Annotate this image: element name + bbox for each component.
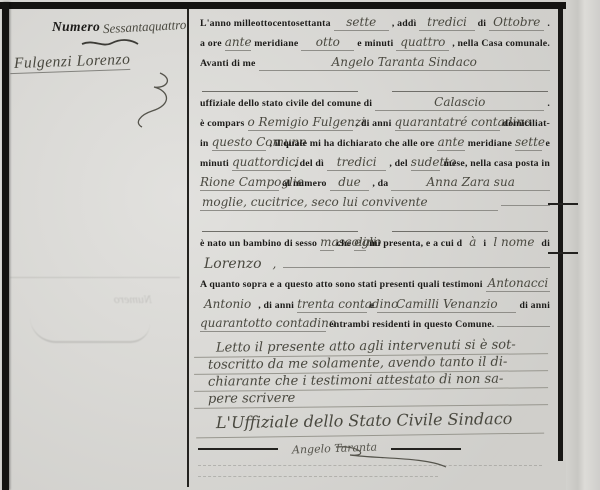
act-line-childname: Lorenzo ,: [190, 256, 558, 276]
act-line-declarant: è compars o Remigio Fulgenzi , di anni q…: [190, 115, 558, 135]
printed-casa-comunale: , nella Casa comunale.: [452, 38, 550, 49]
form-border-right: [558, 9, 563, 461]
closing-line: pere scrivere: [194, 388, 548, 409]
act-line-time: a ore ante meridiane otto e minuti quatt…: [190, 35, 558, 55]
printed-i: i: [483, 238, 486, 249]
printed-del: , del: [389, 158, 407, 169]
printed-di2: di: [541, 238, 550, 249]
printed-avanti: Avanti di me: [200, 58, 256, 69]
printed-addi: , addì: [392, 18, 417, 29]
hw-mother-name: Anna Zara sua: [391, 175, 550, 191]
hw-sex: mascolino: [320, 235, 333, 251]
birth-record-scan: Numero Sessantaquattro Fulgenzi Lorenzo …: [0, 0, 600, 490]
printed-presenta: mi presenta, e a cui d: [369, 238, 462, 249]
hw-declarant-age: quarantatré contadino: [395, 115, 500, 131]
hw-house-place: Rione Campoglie: [200, 175, 279, 191]
printed-minuti: minuti: [200, 158, 229, 169]
pen-flourish-icon: [80, 37, 140, 49]
printed-dianni: , di anni: [356, 118, 392, 129]
border-tick: [548, 252, 578, 254]
printed-nato: è nato un bambino di sesso: [200, 238, 317, 249]
page-right-edge: [566, 0, 600, 490]
printed-da: , da: [372, 178, 388, 189]
act-form: L'anno milleottocentosettanta sette , ad…: [190, 9, 558, 489]
bleedthrough-line: [198, 476, 438, 477]
printed-in: in: [200, 138, 209, 149]
act-line-comune: uffiziale dello stato civile del comune …: [190, 95, 558, 115]
rule-segment: [202, 217, 358, 232]
hw-witness1-age: trenta contadino: [297, 297, 367, 313]
hw-hour: otto: [301, 35, 354, 51]
hw-mother-details: moglie, cucitrice, seco lui convivente: [200, 195, 498, 211]
blank-rule-row: [202, 217, 548, 232]
printed-period: .: [547, 18, 550, 29]
ink-bleedthrough: Numero: [10, 277, 180, 343]
hw-month: Ottobre: [489, 15, 544, 31]
printed-domiciliat: domiciliat-: [503, 118, 550, 129]
margin-column: Numero Sessantaquattro Fulgenzi Lorenzo …: [10, 9, 187, 489]
hw-birth-minutes: quattordici: [232, 155, 291, 171]
trailing-rule: [497, 326, 550, 327]
hw-minutes: quattro: [396, 35, 449, 51]
hw-year: sette: [334, 15, 389, 31]
printed-dianni2: , di anni: [258, 300, 294, 311]
printed-entrambi: entrambi residenti in questo Comune.: [329, 319, 494, 330]
closing-statement: Letto il presente atto agli intervenuti …: [194, 339, 548, 407]
pen-descender-flourish-icon: [130, 71, 176, 129]
scan-frame-left: [2, 2, 9, 490]
printed-period: .: [547, 98, 550, 109]
printed-uffiziale: uffiziale dello stato civile del comune …: [200, 98, 372, 109]
hw-witness2-name: Camilli Venanzio: [377, 297, 516, 313]
act-line-child: è nato un bambino di sesso mascolino che…: [190, 235, 558, 256]
hw-accent-a: à: [465, 235, 480, 249]
hw-egli: egli: [354, 235, 366, 251]
printed-meridiane: meridiane: [254, 38, 298, 49]
act-line-birthtime: minuti quattordici , del dì tredici , de…: [190, 155, 558, 175]
printed-eminuti: e minuti: [357, 38, 393, 49]
signature-dash-left: [198, 448, 278, 450]
hw-birth-day: tredici: [327, 155, 386, 171]
hw-child-name: Lorenzo: [200, 256, 266, 272]
hw-comune: Calascio: [375, 95, 544, 111]
trailing-rule: [501, 205, 550, 206]
rule-segment: [202, 77, 358, 92]
hw-birth-hour: sette: [515, 135, 542, 151]
act-line-official: Avanti di me Angelo Taranta Sindaco: [190, 55, 558, 75]
hw-lnome: l nome: [489, 235, 538, 249]
signature-swash-icon: [330, 443, 450, 469]
trailing-rule: [283, 267, 550, 268]
hw-comma: ,: [269, 257, 281, 271]
bleedthrough-text: Numero: [10, 292, 180, 307]
printed-che: che: [337, 238, 352, 249]
hw-day: tredici: [419, 15, 474, 31]
hw-official-name: Angelo Taranta Sindaco: [259, 55, 550, 71]
act-line-declaration: in questo Comune , il quale mi ha dichia…: [190, 135, 558, 155]
printed-testimoni: A quanto sopra e a questo atto sono stat…: [200, 279, 483, 290]
scan-frame-top: [0, 2, 600, 9]
hw-witness1-name: Antonio: [200, 297, 255, 311]
printed-aore: a ore: [200, 38, 222, 49]
act-line-house: Rione Campoglie al numero due , da Anna …: [190, 175, 558, 195]
printed-numero: al numero: [282, 178, 326, 189]
hw-ante: ante: [225, 35, 251, 51]
hw-witness1-surname: Antonacci: [486, 276, 550, 292]
form-border-left: [187, 9, 189, 487]
blank-rule-row: [202, 77, 548, 92]
official-title-handwritten: L'Uffiziale dello Stato Civile Sindaco: [196, 409, 544, 439]
act-line-witness-intro: A quanto sopra e a questo atto sono stat…: [190, 276, 558, 297]
registrant-name: Fulgenzi Lorenzo: [10, 51, 131, 74]
bleedthrough-rule: [10, 277, 180, 278]
bleedthrough-scrawl: [30, 317, 150, 343]
printed-deldi: , del dì: [294, 158, 324, 169]
printed-mese: mese, nella casa posta in: [443, 158, 550, 169]
numero-label: Numero: [52, 19, 100, 35]
printed-e2: e: [370, 300, 375, 311]
printed-year-label: L'anno milleottocentosettanta: [200, 18, 331, 29]
hw-house-number: due: [330, 175, 370, 191]
printed-quale: , il quale mi ha dichiarato che alle ore: [269, 138, 434, 149]
printed-e: e: [545, 138, 550, 149]
hw-residence: questo Comune: [212, 135, 267, 151]
act-line-witness2-age: quarantotto contadino entrambi residenti…: [190, 316, 558, 335]
printed-dianni3: di anni: [519, 300, 550, 311]
act-line-date: L'anno milleottocentosettanta sette , ad…: [190, 15, 558, 35]
numero-line: Numero Sessantaquattro: [10, 9, 187, 35]
border-tick: [548, 203, 578, 205]
act-line-witnesses: Antonio , di anni trenta contadino e Cam…: [190, 297, 558, 316]
hw-witness2-age: quarantotto contadino: [200, 316, 326, 332]
numero-value: Sessantaquattro: [103, 17, 187, 37]
rule-segment: [392, 217, 548, 232]
printed-comparso: è compars: [200, 118, 245, 129]
hw-declarant-name: o Remigio Fulgenzi: [248, 115, 353, 131]
act-line-mother: moglie, cucitrice, seco lui convivente: [190, 195, 558, 215]
printed-meridiane2: meridiane: [468, 138, 512, 149]
hw-birth-month: sudetto: [411, 155, 441, 171]
rule-segment: [392, 77, 548, 92]
hw-ante2: ante: [437, 135, 464, 151]
printed-di: di: [478, 18, 487, 29]
